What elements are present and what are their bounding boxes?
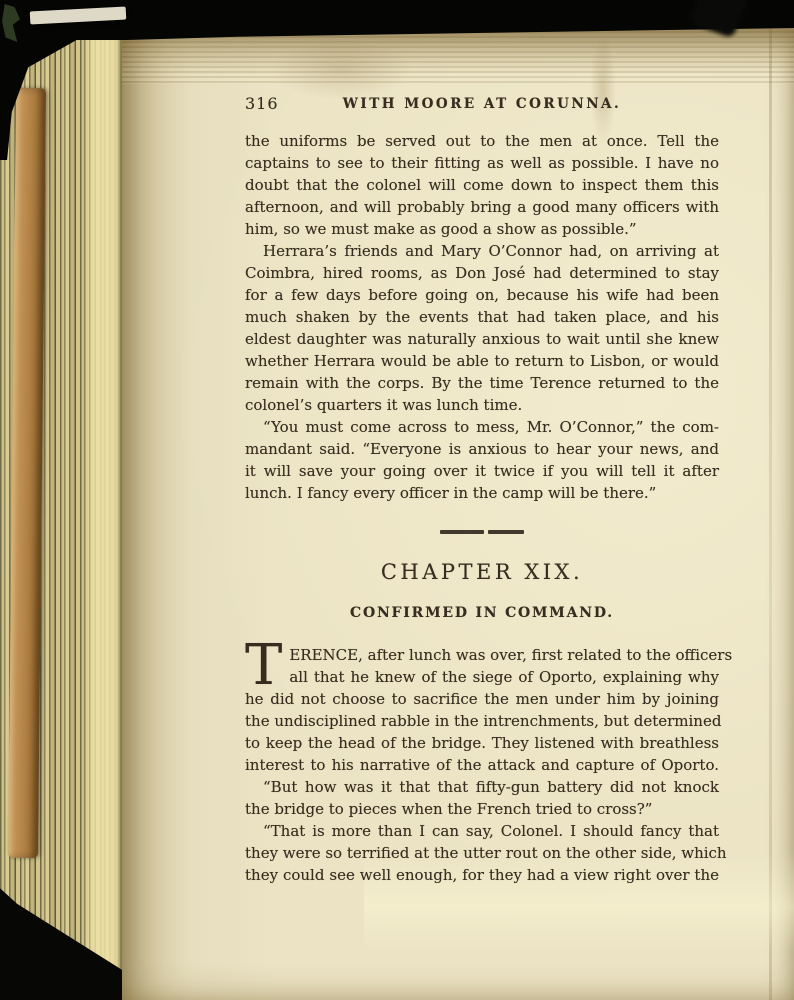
book-photograph: 316 WITH MOORE AT CORUNNA. the uniforms … <box>0 0 794 1000</box>
text-line: “But how was it that that fifty-gun batt… <box>245 776 719 798</box>
text-line: remain with the corps. By the time Teren… <box>245 372 719 394</box>
text-line: doubt that the colonel will come down to… <box>245 174 719 196</box>
text-line: captains to see to their fitting as well… <box>245 152 719 174</box>
running-title: WITH MOORE AT CORUNNA. <box>245 93 719 115</box>
text-line: to keep the head of the bridge. They lis… <box>245 732 719 754</box>
text-line: whether Herrara would be able to return … <box>245 350 719 372</box>
page-number: 316 <box>245 93 279 115</box>
text-line: eldest daughter was naturally anxious to… <box>245 328 719 350</box>
text-line: for a few days before going on, because … <box>245 284 719 306</box>
text-line: Coimbra, hired rooms, as Don José had de… <box>245 262 719 284</box>
text-line: mandant said. “Everyone is anxious to he… <box>245 438 719 460</box>
text-line: Herrara’s friends and Mary O’Connor had,… <box>245 240 719 262</box>
text-line: colonel’s quarters it was lunch time. <box>245 394 719 416</box>
text-line: lunch. I fancy every officer in the camp… <box>245 482 719 504</box>
text-line: ERENCE, after lunch was over, first rela… <box>245 644 719 666</box>
text-line: “That is more than I can say, Colonel. I… <box>245 820 719 842</box>
drop-cap-paragraph-lines: ERENCE, after lunch was over, first rela… <box>245 644 719 776</box>
printed-page-content: 316 WITH MOORE AT CORUNNA. the uniforms … <box>245 93 719 886</box>
text-line: all that he knew of the siege of Oporto,… <box>245 666 719 688</box>
text-line: the bridge to pieces when the French tri… <box>245 798 719 820</box>
divider-rule <box>440 530 484 534</box>
text-line: the uniforms be served out to the men at… <box>245 130 719 152</box>
text-line: he did not choose to sacrifice the men u… <box>245 688 719 710</box>
paragraph-commandant-invite: “You must come across to mess, Mr. O’Con… <box>245 416 719 504</box>
text-line: “You must come across to mess, Mr. O’Con… <box>245 416 719 438</box>
text-line: much shaken by the events that had taken… <box>245 306 719 328</box>
text-line: it will save your going over it twice if… <box>245 460 719 482</box>
paragraph-terence-relates: T ERENCE, after lunch was over, first re… <box>245 644 719 776</box>
text-line: interest to his narrative of the attack … <box>245 754 719 776</box>
page-header: 316 WITH MOORE AT CORUNNA. <box>245 93 719 113</box>
drop-cap: T <box>245 644 289 687</box>
text-line: the undisciplined rabble in the intrench… <box>245 710 719 732</box>
chapter-heading: CHAPTER XIX. <box>245 560 719 584</box>
paper-stain <box>272 40 412 100</box>
divider-rule <box>488 530 524 534</box>
paragraph-herrara-friends: Herrara’s friends and Mary O’Connor had,… <box>245 240 719 416</box>
section-divider <box>437 530 527 534</box>
text-line: afternoon, and will probably bring a goo… <box>245 196 719 218</box>
chapter-subheading: CONFIRMED IN COMMAND. <box>245 605 719 621</box>
text-line: they could see well enough, for they had… <box>245 864 719 886</box>
text-line: they were so terrified at the utter rout… <box>245 842 719 864</box>
paragraph-uniforms: the uniforms be served out to the men at… <box>245 130 719 240</box>
paragraph-terence-answer: “That is more than I can say, Colonel. I… <box>245 820 719 886</box>
text-line: him, so we must make as good a show as p… <box>245 218 719 240</box>
paragraph-colonel-question: “But how was it that that fifty-gun batt… <box>245 776 719 820</box>
